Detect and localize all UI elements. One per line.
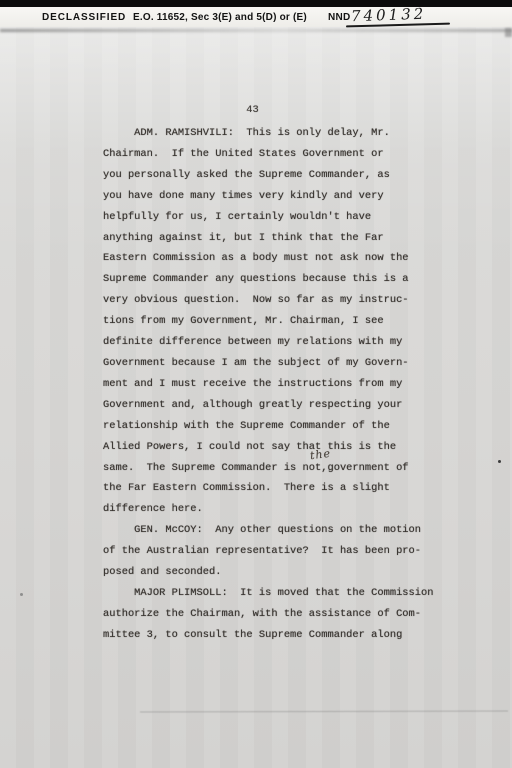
- text-line: Allied Powers, I could not say that this…: [103, 437, 433, 458]
- paper-crease-line: [140, 711, 508, 713]
- text-line: authorize the Chairman, with the assista…: [103, 604, 433, 625]
- page-number: 43: [0, 104, 505, 116]
- text-line: MAJOR PLIMSOLL: It is moved that the Com…: [103, 583, 433, 604]
- text-line: Chairman. If the United States Governmen…: [103, 144, 433, 165]
- text-line: difference here.: [103, 499, 433, 520]
- stamp-top-bar: [0, 0, 512, 7]
- text-line: you personally asked the Supreme Command…: [103, 165, 433, 186]
- text-line: definite difference between my relations…: [103, 332, 433, 353]
- ink-speck-left: [20, 593, 23, 596]
- text-line: Eastern Commission as a body must not as…: [103, 248, 433, 269]
- text-line: anything against it, but I think that th…: [103, 228, 433, 249]
- text-line: relationship with the Supreme Commander …: [103, 416, 433, 437]
- stamp-authority-text: E.O. 11652, Sec 3(E) and 5(D) or (E): [133, 12, 307, 23]
- text-line: the Far Eastern Commission. There is a s…: [103, 478, 433, 499]
- text-line: ment and I must receive the instructions…: [103, 374, 433, 395]
- text-line: same. The Supreme Commander is not,gover…: [103, 458, 433, 479]
- text-line: GEN. McCOY: Any other questions on the m…: [103, 520, 433, 541]
- scanned-document-page: DECLASSIFIED E.O. 11652, Sec 3(E) and 5(…: [0, 0, 512, 768]
- text-line: you have done many times very kindly and…: [103, 186, 433, 207]
- text-line: Supreme Commander any questions because …: [103, 269, 433, 290]
- text-line: tions from my Government, Mr. Chairman, …: [103, 311, 433, 332]
- text-line: of the Australian representative? It has…: [103, 541, 433, 562]
- handwritten-insertion: the: [309, 447, 331, 462]
- text-line: mittee 3, to consult the Supreme Command…: [103, 625, 433, 646]
- scan-edge-mark: [505, 28, 512, 37]
- stamp-nnd-label: NND: [328, 12, 351, 23]
- stamp-declassified-label: DECLASSIFIED: [42, 12, 126, 23]
- text-line: ADM. RAMISHVILI: This is only delay, Mr.: [103, 123, 433, 144]
- ink-speck-right: [498, 460, 501, 463]
- text-line: Government and, although greatly respect…: [103, 395, 433, 416]
- scan-shadow-line: [0, 29, 512, 32]
- text-line: very obvious question. Now so far as my …: [103, 290, 433, 311]
- typed-lines: ADM. RAMISHVILI: This is only delay, Mr.…: [103, 123, 433, 646]
- text-line: posed and seconded.: [103, 562, 433, 583]
- stamp-nnd-number-handwritten: 740132: [351, 5, 427, 26]
- text-line: Government because I am the subject of m…: [103, 353, 433, 374]
- text-line: helpfully for us, I certainly wouldn't h…: [103, 207, 433, 228]
